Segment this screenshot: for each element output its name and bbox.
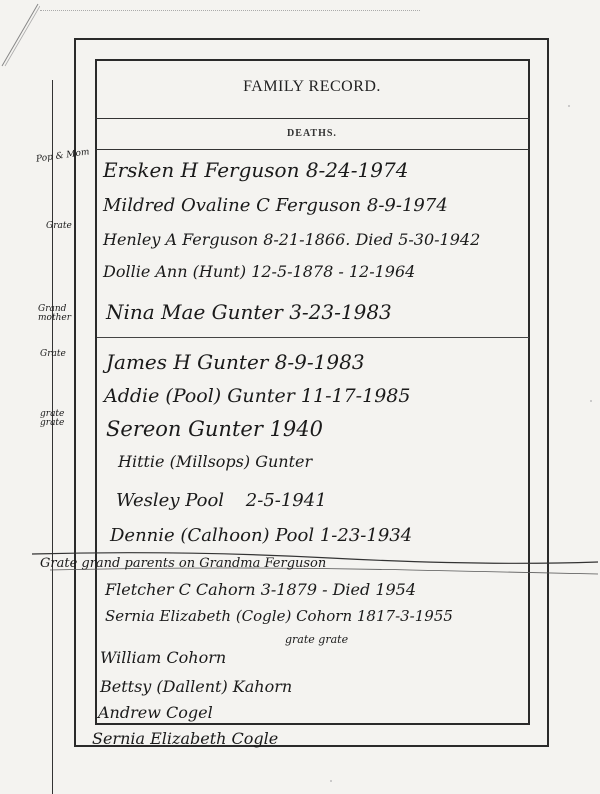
section-title: DEATHS. <box>95 128 529 139</box>
entry-name: Grate grand parents on Grandma Ferguson <box>40 556 326 571</box>
entry-date: 3-23-1983 <box>289 300 392 324</box>
margin-line <box>52 80 53 794</box>
entry-date: 11-17-1985 <box>301 385 411 407</box>
entry-date: 8-9-1983 <box>275 350 365 374</box>
document-title: FAMILY RECORD. <box>95 78 529 96</box>
death-entry: William Cohorn <box>100 648 226 667</box>
entry-date: 12-5-1878 - 12-1964 <box>251 262 415 281</box>
section-divider <box>95 149 530 150</box>
death-entry: Sernia Elizabeth (Cogle) Cohorn 1817-3-1… <box>105 607 453 625</box>
death-entry: Hittie (Millsops) Gunter <box>118 452 312 471</box>
margin-note-grate: Grate <box>40 350 66 359</box>
entry-name: Dennie (Calhoon) Pool <box>110 525 314 546</box>
margin-note-grand-mother: Grand mother <box>38 305 74 323</box>
section-note: Grate grand parents on Grandma Ferguson <box>40 556 326 571</box>
margin-note-grate-grate: grate grate <box>40 410 76 428</box>
entry-date: 3-1879 - Died 1954 <box>261 580 416 599</box>
entry-name: William Cohorn <box>100 648 226 667</box>
entry-name: Andrew Cogel <box>98 703 213 722</box>
entry-name: James H Gunter <box>106 350 268 374</box>
entry-date: 1817-3-1955 <box>357 607 453 625</box>
entry-name: Sernia Elizabeth Cogle <box>92 729 278 748</box>
death-entry: Sernia Elizabeth Cogle <box>92 729 278 748</box>
entry-date: 8-21-1866. Died 5-30-1942 <box>263 230 480 249</box>
entry-name: Henley A Ferguson <box>103 230 258 249</box>
death-entry: Dennie (Calhoon) Pool 1-23-1934 <box>110 525 412 546</box>
death-entry: Bettsy (Dallent) Kahorn <box>100 677 292 696</box>
entry-name: Sernia Elizabeth (Cogle) Cohorn <box>105 607 352 625</box>
entry-date: 8-9-1974 <box>367 195 448 216</box>
entry-date: 1940 <box>270 417 323 441</box>
entry-name: Bettsy (Dallent) Kahorn <box>100 677 292 696</box>
death-entry: Dollie Ann (Hunt) 12-5-1878 - 12-1964 <box>103 262 415 281</box>
entry-name: Ersken H Ferguson <box>103 158 299 182</box>
death-entry: James H Gunter 8-9-1983 <box>106 350 365 374</box>
death-entry: Nina Mae Gunter 3-23-1983 <box>106 300 392 324</box>
death-entry: Fletcher C Cahorn 3-1879 - Died 1954 <box>105 580 416 599</box>
entry-date: 8-24-1974 <box>306 158 409 182</box>
entry-name: Sereon Gunter <box>106 417 263 441</box>
entry-name: Mildred Ovaline C Ferguson <box>103 195 361 216</box>
entry-name: Addie (Pool) Gunter <box>104 385 295 407</box>
entry-name: Hittie (Millsops) Gunter <box>118 452 312 471</box>
handwritten-divider <box>97 337 529 338</box>
entry-name: Dollie Ann (Hunt) <box>103 262 246 281</box>
scan-speck <box>330 780 332 782</box>
margin-note-grate: Grate <box>46 222 72 231</box>
death-entry: Addie (Pool) Gunter 11-17-1985 <box>104 385 410 407</box>
entry-name: Nina Mae Gunter <box>106 300 283 324</box>
entry-date: 1-23-1934 <box>320 525 412 546</box>
death-entry: Henley A Ferguson 8-21-1866. Died 5-30-1… <box>103 230 480 249</box>
death-entry: Andrew Cogel <box>98 703 213 722</box>
scan-speck <box>568 105 570 107</box>
entry-name: Fletcher C Cahorn <box>105 580 256 599</box>
top-scan-noise <box>40 10 420 11</box>
entry-name: Wesley Pool <box>116 490 224 511</box>
header-divider <box>95 118 530 119</box>
annotation-grate-grate: grate grate <box>285 633 348 646</box>
fold-mark <box>0 0 40 70</box>
death-entry: Mildred Ovaline C Ferguson 8-9-1974 <box>103 195 448 216</box>
scan-speck <box>590 400 592 402</box>
scanned-page: FAMILY RECORD. DEATHS. Pop & Mom Grate G… <box>0 0 600 794</box>
death-entry: Wesley Pool 2-5-1941 <box>116 490 327 511</box>
entry-date: 2-5-1941 <box>246 490 327 511</box>
death-entry: Ersken H Ferguson 8-24-1974 <box>103 158 408 182</box>
death-entry: Sereon Gunter 1940 <box>106 417 323 441</box>
